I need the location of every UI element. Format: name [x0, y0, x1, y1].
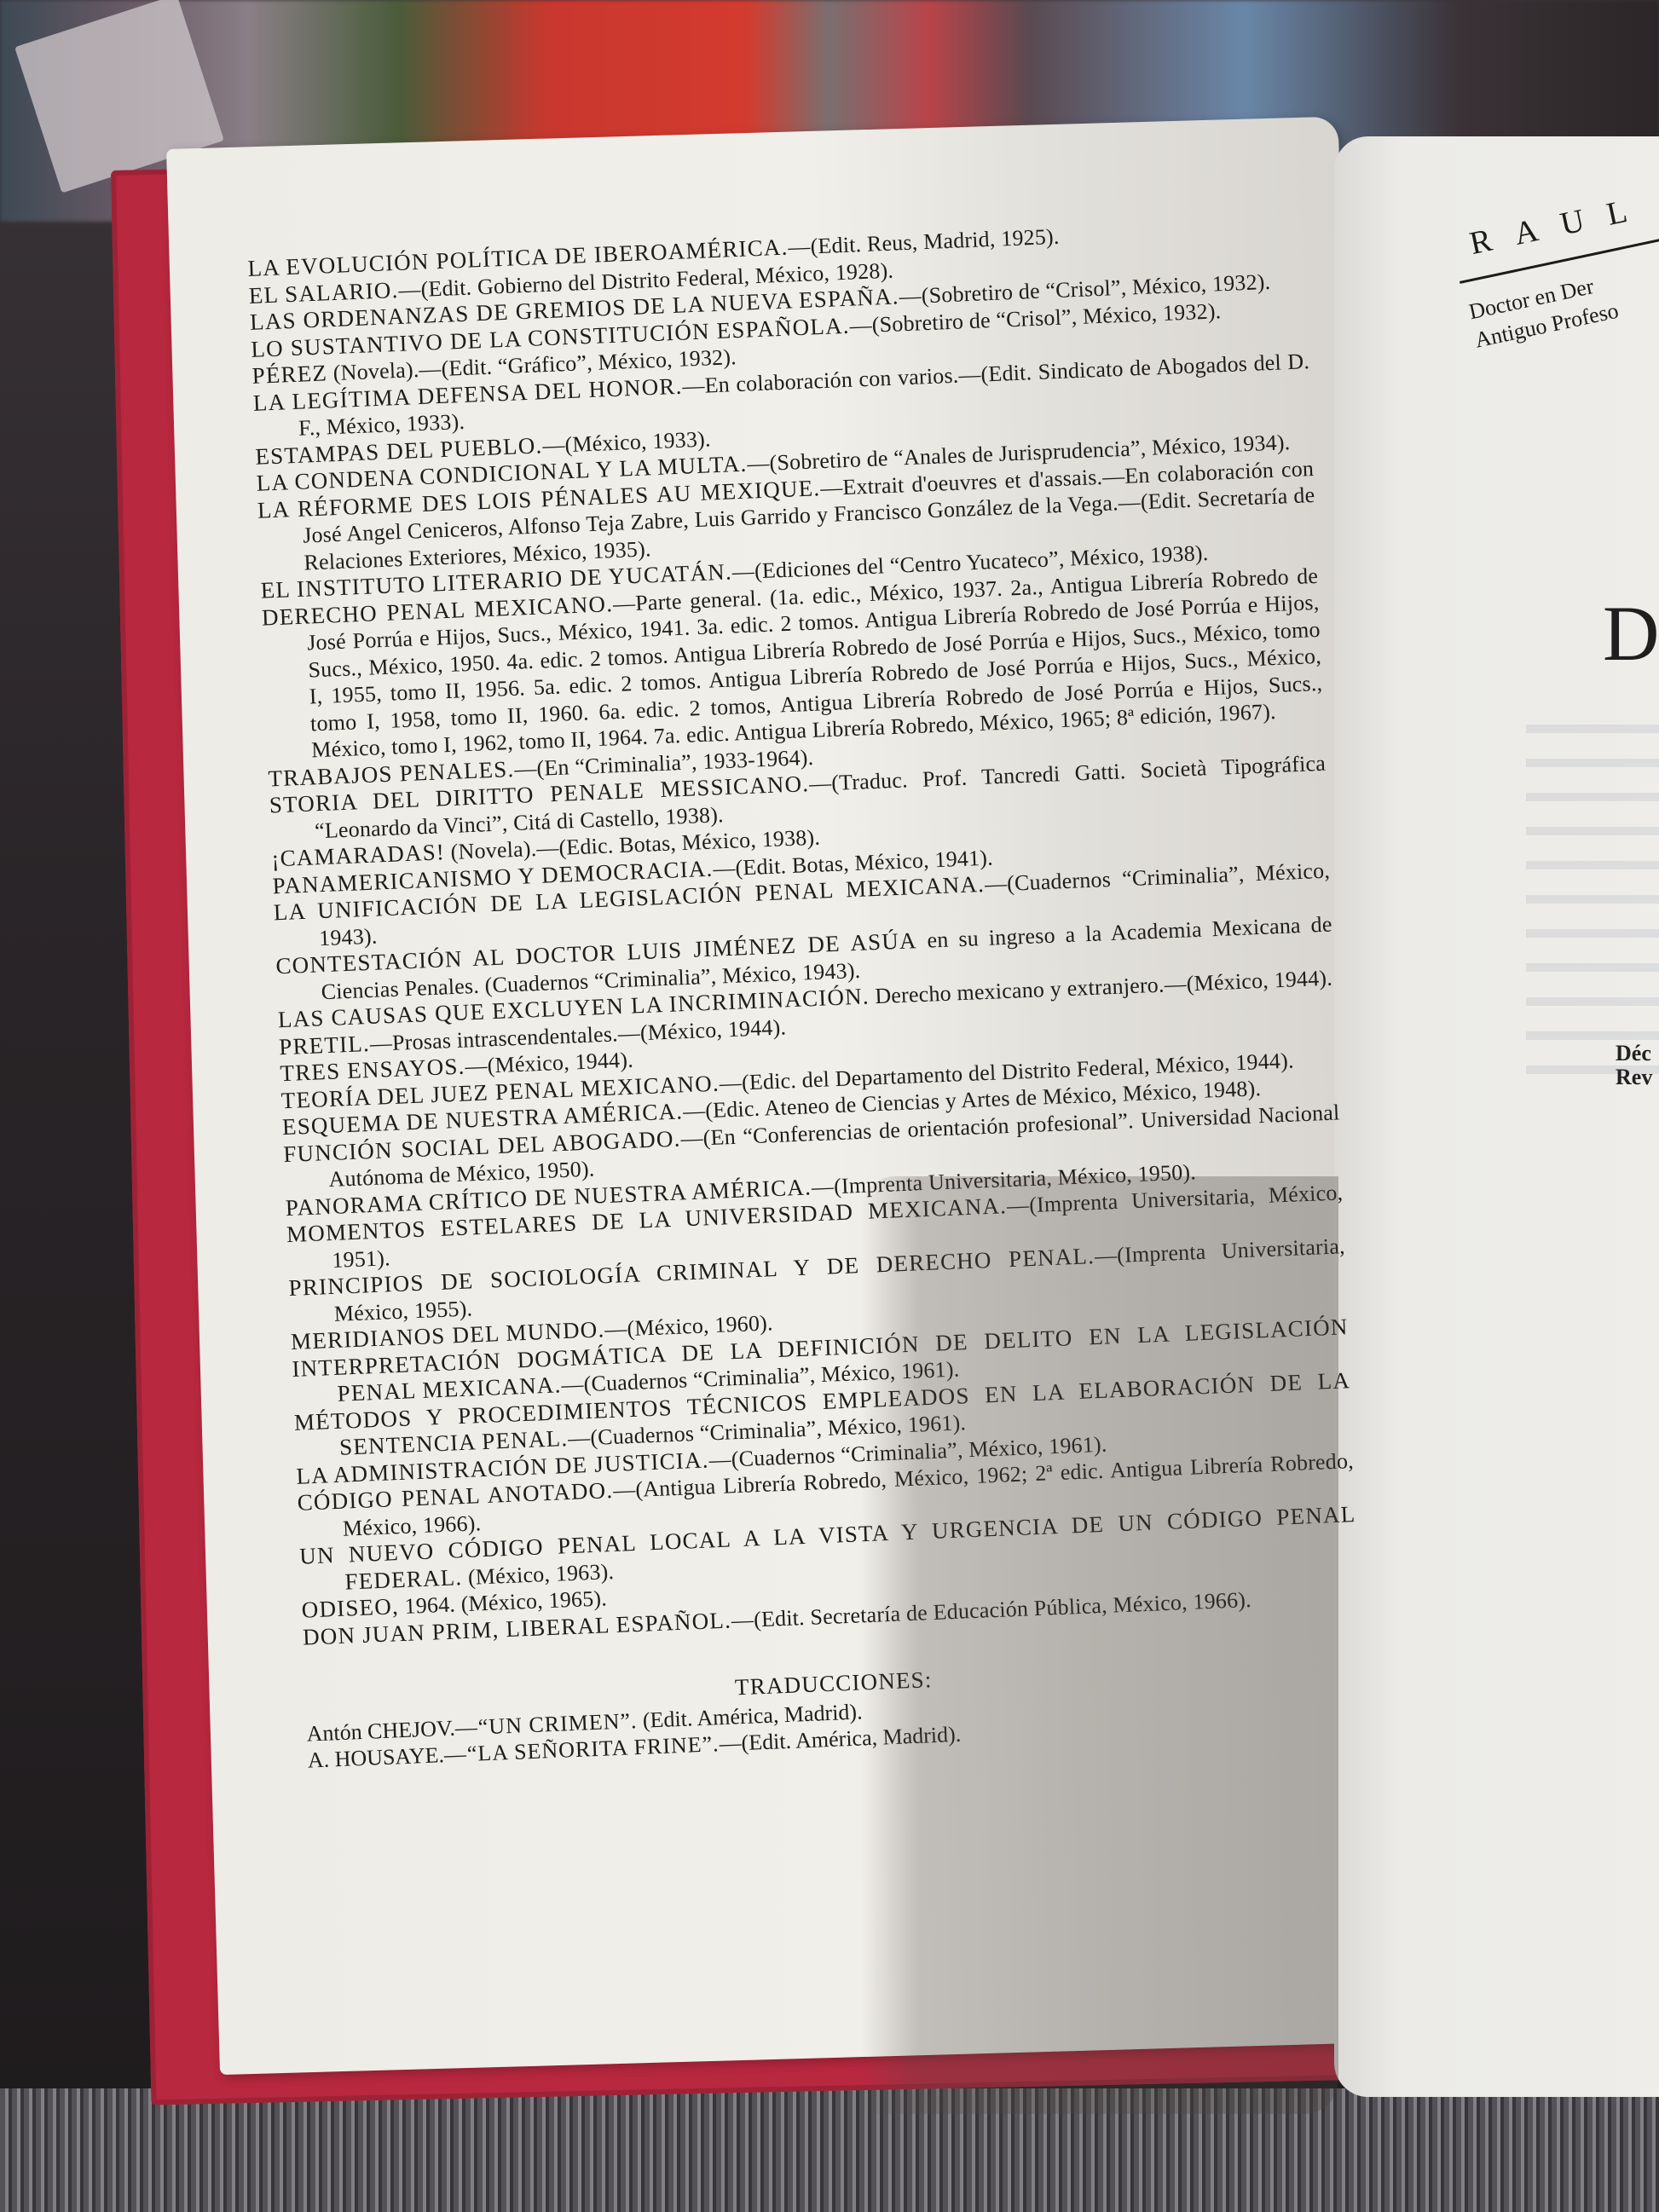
small-line-2: Rev — [1616, 1066, 1652, 1089]
bleed-through-text — [1526, 725, 1659, 1083]
entry-title: Pérez — [251, 360, 328, 389]
bibliography-list: La evolución política de Iberoamérica.—(… — [247, 213, 1365, 1774]
small-line-1: Déc — [1616, 1042, 1652, 1066]
title-initial: D — [1603, 588, 1659, 679]
translation-author: A. HOUSAYE. — [307, 1742, 444, 1772]
entry-title: El salario. — [248, 276, 399, 308]
right-page — [1334, 136, 1659, 2097]
background-fabric — [0, 2088, 1659, 2212]
entry-title: Odiseo, — [301, 1593, 399, 1623]
entry-title: Pretil. — [279, 1030, 371, 1059]
right-page-small-text: Déc Rev — [1616, 1042, 1652, 1089]
